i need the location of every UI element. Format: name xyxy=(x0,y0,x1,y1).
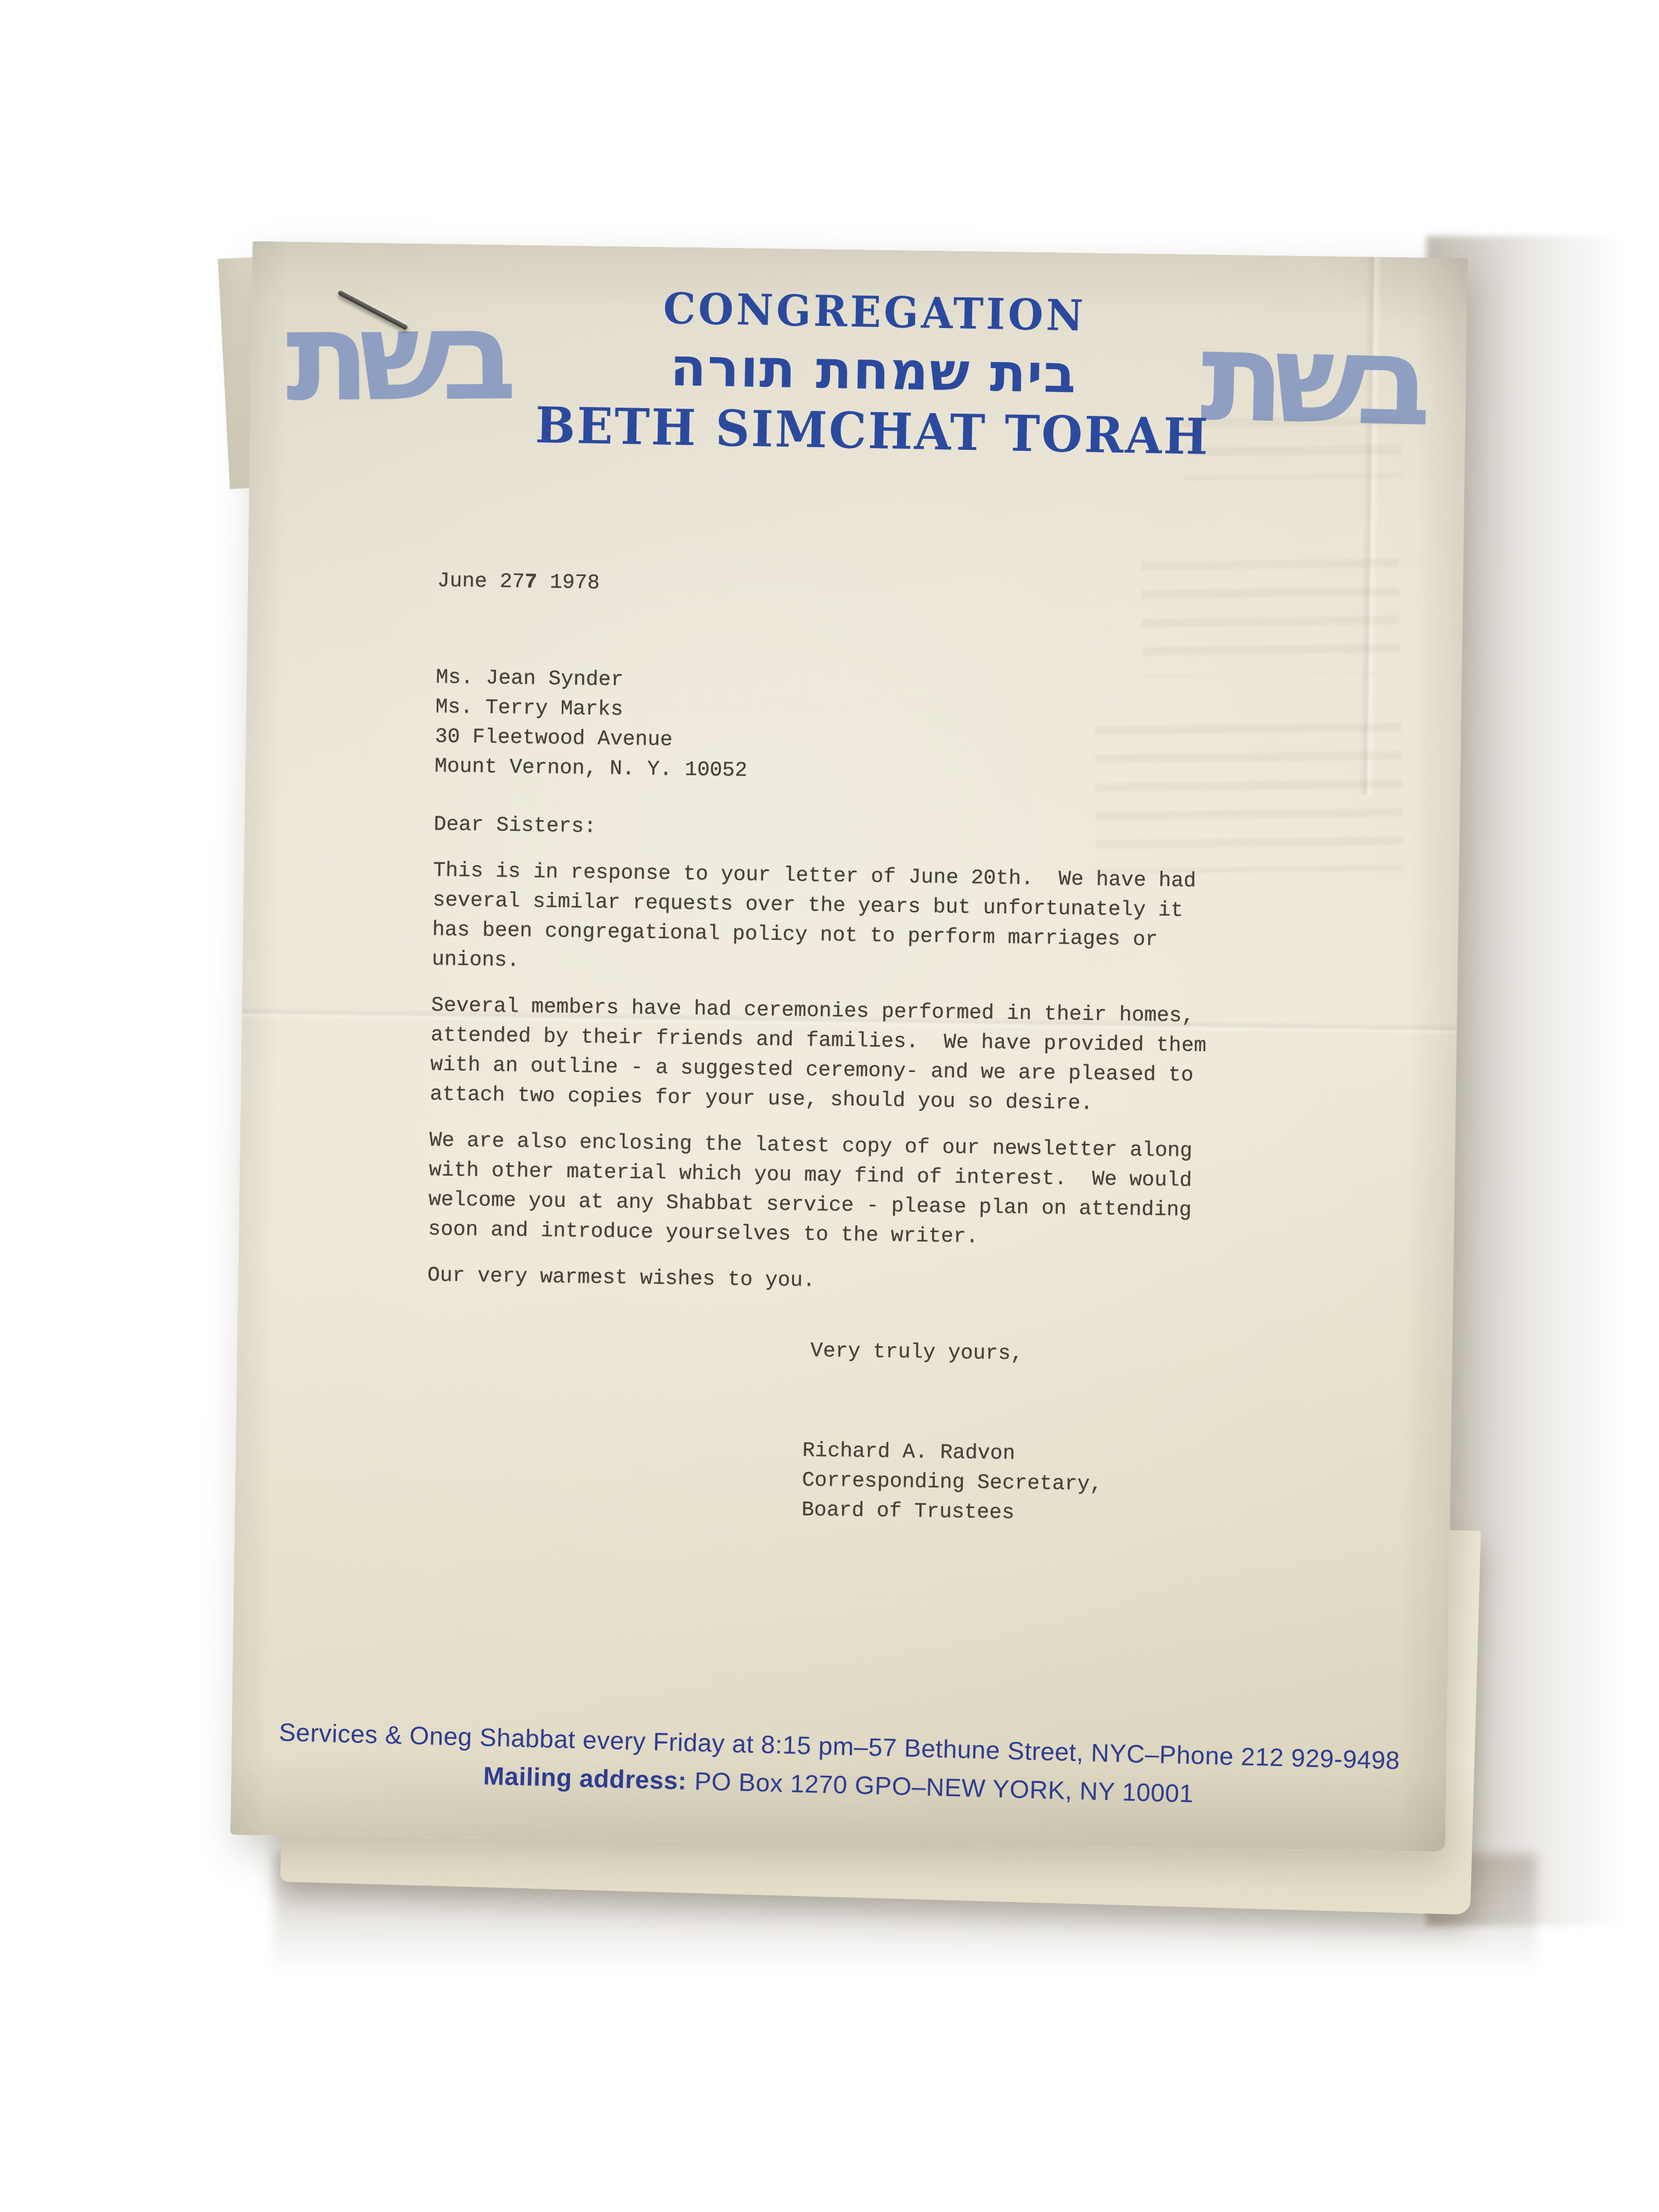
letter-body: June 277 1978 Ms. Jean Synder Ms. Terry … xyxy=(424,566,1282,1531)
paragraph: Several members have had ceremonies perf… xyxy=(430,991,1276,1121)
letterhead: CONGREGATION בית שמחת תורה BETH SIMCHAT … xyxy=(534,280,1212,466)
letterhead-footer: Services & Oneg Shabbat every Friday at … xyxy=(230,1714,1447,1816)
letter-paper: בשת בשת CONGREGATION בית שמחת תורה BETH … xyxy=(230,241,1468,1852)
date-overstruck-digit: 7 xyxy=(524,571,537,594)
hebrew-monogram-logo-icon: בשת xyxy=(274,276,517,443)
signature-block: Richard A. Radvon Corresponding Secretar… xyxy=(802,1436,1270,1532)
footer-mailing-value: PO Box 1270 GPO–NEW YORK, NY 10001 xyxy=(694,1767,1194,1808)
paragraph: Our very warmest wishes to you. xyxy=(427,1261,1273,1302)
closing: Very truly yours, xyxy=(810,1336,1272,1373)
date-month-day: June 27 xyxy=(437,569,524,594)
salutation: Dear Sisters: xyxy=(433,810,1279,851)
recipient-block: Ms. Jean Synder Ms. Terry Marks 30 Fleet… xyxy=(435,663,1281,793)
letterhead-english-name: BETH SIMCHAT TORAH xyxy=(534,395,1210,468)
paragraph: This is in response to your letter of Ju… xyxy=(432,856,1278,986)
letterhead-congregation: CONGREGATION xyxy=(537,279,1212,346)
signature-org: Board of Trustees xyxy=(802,1496,1269,1532)
bleed-through-text xyxy=(1182,416,1402,481)
date-year: 1978 xyxy=(537,571,600,595)
body-line: Our very warmest wishes to you. xyxy=(427,1261,1273,1302)
paragraph: We are also enclosing the latest copy of… xyxy=(428,1126,1274,1256)
footer-mailing-label: Mailing address: xyxy=(483,1761,687,1795)
